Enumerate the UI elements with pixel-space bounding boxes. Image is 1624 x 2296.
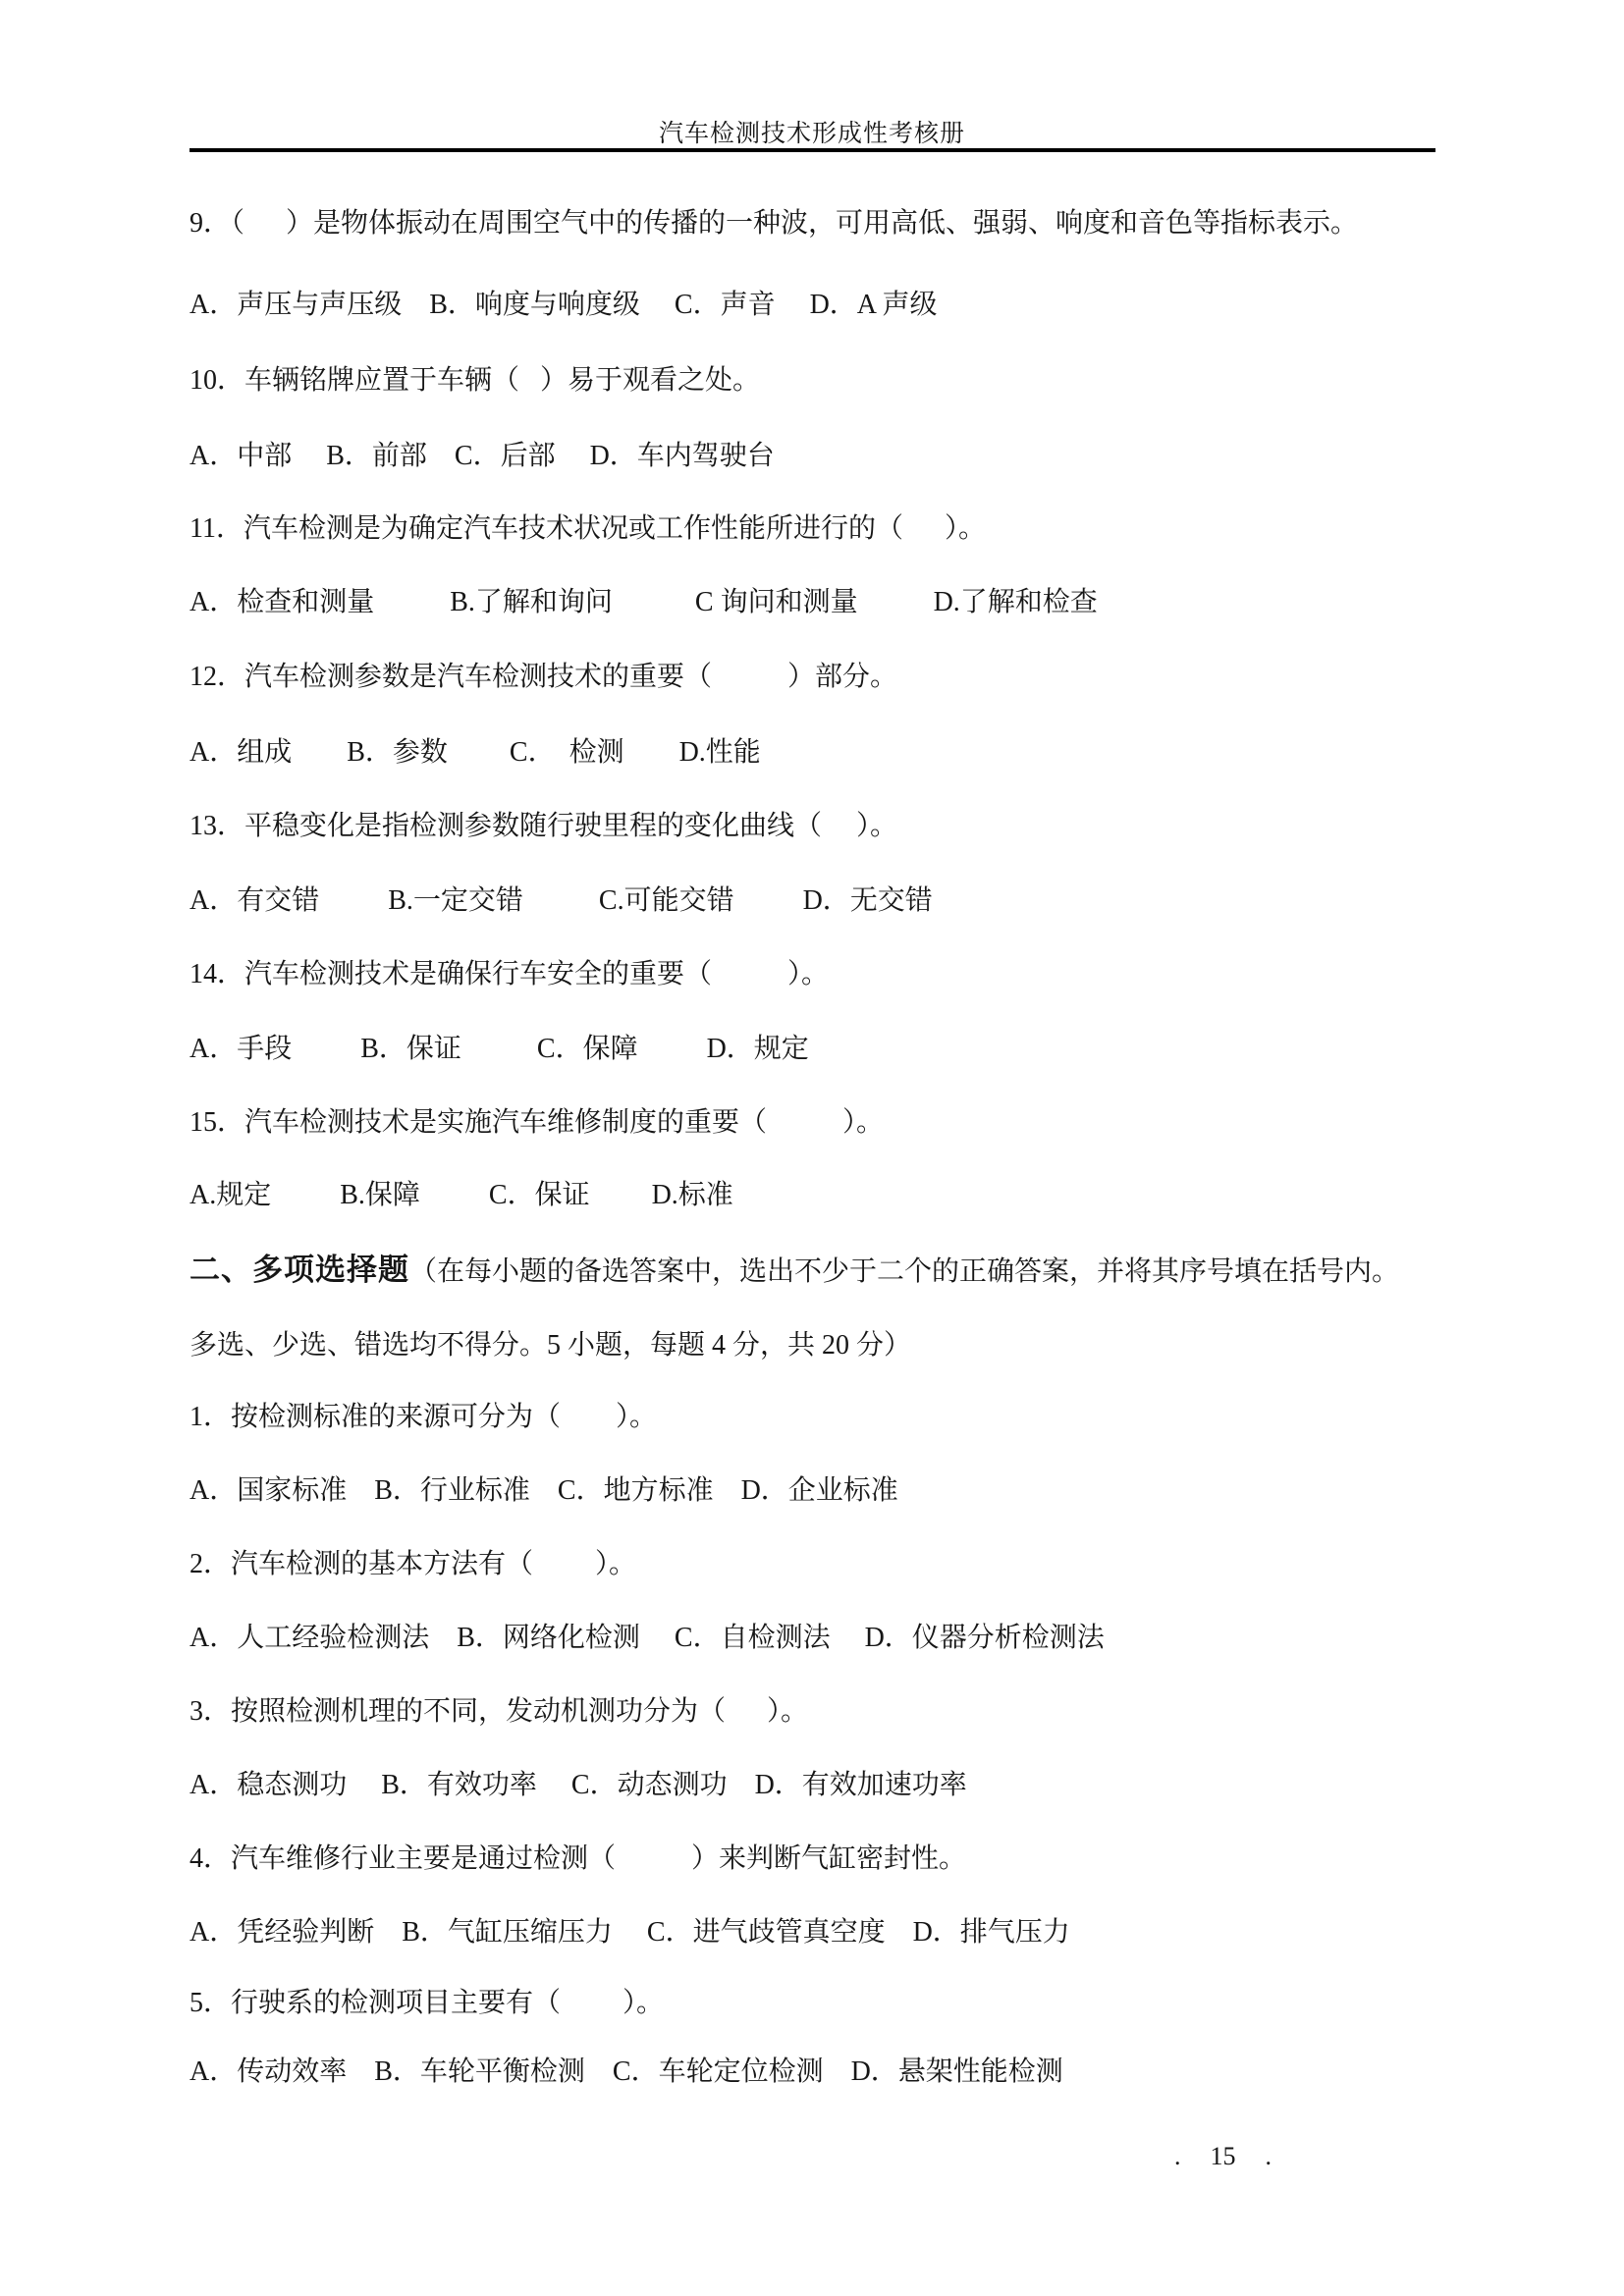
section2-intro-line2: 多选、少选、错选均不得分。5 小题，每题 4 分，共 20 分） — [189, 1328, 911, 1363]
options-q14: A．手段 B．保证 C．保障 D．规定 — [189, 1032, 809, 1067]
question-q14: 14．汽车检测技术是确保行车安全的重要（ ）。 — [189, 957, 829, 992]
section2-intro-line1: （在每小题的备选答案中，选出不少于二个的正确答案，并将其序号填在括号内。 — [409, 1256, 1399, 1287]
question-q13: 13．平稳变化是指检测参数随行驶里程的变化曲线（ ）。 — [189, 809, 897, 844]
question-m3: 3．按照检测机理的不同，发动机测功分为（ ）。 — [189, 1694, 808, 1730]
options-q10: A．中部 B．前部 C．后部 D．车内驾驶台 — [189, 439, 775, 474]
options-m4: A．凭经验判断 B．气缸压缩压力 C．进气歧管真空度 D．排气压力 — [189, 1915, 1070, 1950]
header-rule — [189, 148, 1435, 152]
footer-page-number: 15 — [1211, 2142, 1236, 2171]
question-q10: 10．车辆铭牌应置于车辆（ ）易于观看之处。 — [189, 363, 760, 399]
options-q12: A．组成 B．参数 C． 检测 D.性能 — [189, 735, 761, 771]
options-q9: A．声压与声压级 B．响度与响度级 C．声音 D．A 声级 — [189, 288, 937, 323]
footer-dot-right: . — [1266, 2142, 1272, 2171]
question-q11: 11．汽车检测是为确定汽车技术状况或工作性能所进行的（ ）。 — [189, 511, 986, 547]
options-q15: A.规定 B.保障 C．保证 D.标准 — [189, 1178, 733, 1213]
question-q12: 12．汽车检测参数是汽车检测技术的重要（ ）部分。 — [189, 660, 897, 695]
options-m1: A．国家标准 B．行业标准 C．地方标准 D．企业标准 — [189, 1473, 898, 1509]
question-m5: 5．行驶系的检测项目主要有（ ）。 — [189, 1986, 664, 2021]
options-q11: A．检查和测量 B.了解和询问 C 询问和测量 D.了解和检查 — [189, 585, 1098, 620]
options-q13: A．有交错 B.一定交错 C.可能交错 D．无交错 — [189, 883, 933, 919]
question-q9: 9．（ ）是物体振动在周围空气中的传播的一种波，可用高低、强弱、响度和音色等指标… — [189, 206, 1358, 241]
options-m2: A．人工经验检测法 B．网络化检测 C．自检测法 D．仪器分析检测法 — [189, 1621, 1105, 1656]
question-m2: 2．汽车检测的基本方法有（ ）。 — [189, 1547, 636, 1582]
question-q15: 15．汽车检测技术是实施汽车维修制度的重要（ ）。 — [189, 1105, 884, 1141]
question-m4: 4．汽车维修行业主要是通过检测（ ）来判断气缸密封性。 — [189, 1842, 966, 1877]
footer: . 15 . — [1174, 2142, 1272, 2171]
options-m5: A．传动效率 B．车轮平衡检测 C．车轮定位检测 D．悬架性能检测 — [189, 2055, 1063, 2090]
options-m3: A．稳态测功 B．有效功率 C．动态测功 D．有效加速功率 — [189, 1768, 967, 1803]
section2-heading: 二、多项选择题 — [189, 1253, 409, 1287]
section2-heading-line: 二、多项选择题（在每小题的备选答案中，选出不少于二个的正确答案，并将其序号填在括… — [189, 1253, 1399, 1290]
footer-dot-left: . — [1174, 2142, 1181, 2171]
document-page: 汽车检测技术形成性考核册 9．（ ）是物体振动在周围空气中的传播的一种波，可用高… — [0, 0, 1624, 2296]
header-title: 汽车检测技术形成性考核册 — [0, 114, 1624, 149]
question-m1: 1．按检测标准的来源可分为（ ）。 — [189, 1400, 657, 1435]
